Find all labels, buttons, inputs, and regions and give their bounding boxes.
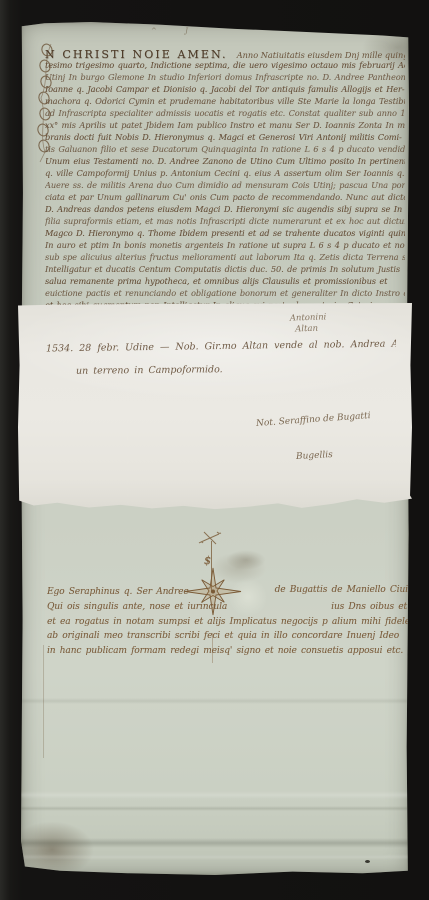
margin-crease-line (43, 645, 44, 758)
note-line: Altan (295, 323, 327, 335)
signum-cross-icon (198, 529, 224, 549)
archivist-slip: Antonini Altan 1534. 28 febr. Udine — No… (18, 303, 412, 510)
deed-line: euictione pactis et renunciando et oblig… (45, 287, 405, 299)
slip-summary-line-2: un terreno in Campoformido. (76, 364, 223, 377)
subscription-text: de Bugattis de Maniello Ciuis Utinj (275, 583, 413, 600)
deed-line: tesimo trigesimo quarto, Indictione sept… (45, 59, 405, 71)
ink-mark: J (185, 27, 188, 35)
subscription-line: Ego Seraphinus q. Ser Andree (47, 583, 189, 600)
ink-mark: ^ (151, 27, 157, 35)
deed-line: filia supraformis etiam, et mas notis In… (45, 215, 405, 227)
deed-line: Unum eius Testamenti no. D. Andree Zanon… (45, 155, 405, 167)
subscription-line: in hanc publicam formam redegi meisq' si… (47, 644, 413, 659)
deed-line: tis Galuanon filio et sese Ducatorum Qui… (45, 143, 405, 155)
deed-line: Intelligatur et ducatis Centum Computati… (45, 263, 405, 275)
signum-monogram: $ (204, 554, 211, 567)
slip-summary-line-1: 1534. 28 febr. Udine — Nob. Gir.mo Altan… (46, 339, 396, 355)
deed-line: ciata et par Unum gallinarum Cu' onis Cu… (45, 191, 405, 203)
note-line: Antonini (290, 312, 327, 324)
subscription-text: Ego Seraphinus q. Ser Andree (47, 587, 189, 597)
deed-line: Auere ss. de militis Arena duo Cum dimid… (45, 179, 405, 191)
subscription-text: Qui ois singulis ante, nose et iurincula (47, 600, 227, 615)
deed-line: q. ville Campoformij Unius p. Antonium C… (45, 167, 405, 179)
fold-crease (21, 838, 409, 848)
deed-line: xx° mis Aprilis ut patet Jbidem Iam publ… (45, 119, 405, 131)
deed-line: sub spe alicuius alterius fructus melior… (45, 251, 405, 263)
deed-line: Ioanne q. Jacobi Campar et Dionisio q. J… (45, 83, 405, 95)
deed-line: Utinj In burgo Glemone In studio Inferio… (45, 71, 405, 83)
ink-smudge-stain (226, 550, 266, 570)
notary-subscription-block: Ego Seraphinus q. Ser Andree de Bugattis… (47, 583, 413, 659)
manuscript-scan: ^ J N CHRISTI NOIE AMEN. Anno Natiuitati… (0, 0, 429, 900)
signum-gap (227, 600, 331, 615)
deed-line: Magco D. Hieronymo q. Thome Ibidem prese… (45, 227, 405, 239)
fold-crease (21, 806, 409, 811)
subscription-text: ius Dns oibus et singulis Interfui (331, 600, 413, 615)
subscription-line: et ea rogatus in notam sumpsi et alijs I… (47, 615, 413, 630)
slip-notary-line-1: Not. Seraffino de Bugatti (256, 411, 371, 429)
ink-marks-above-heading: ^ J (151, 27, 231, 35)
deed-line: In auro et ptim In bonis monetis argente… (45, 239, 405, 251)
archivist-family-note: Antonini Altan (290, 312, 327, 335)
deed-line: salua remanente prima hypotheca, et omni… (45, 275, 405, 287)
signum-gap (189, 583, 275, 600)
fold-crease (21, 791, 409, 799)
fold-crease (21, 854, 409, 860)
deed-line: ad Infrascripta specialiter admissis uoc… (45, 107, 405, 119)
subscription-line: ab originali meo transcribi scribi feci … (47, 629, 413, 644)
fold-crease (21, 698, 409, 704)
deed-line: machora q. Odorici Cymin et prudemane ha… (45, 95, 405, 107)
deed-line: D. Andreas dandos petens eiusdem Magci D… (45, 203, 405, 215)
deed-line: branis docti fuit Nobis D. Hieronymus q.… (45, 131, 405, 143)
dark-speck (365, 860, 370, 863)
deed-text-block: N CHRISTI NOIE AMEN. Anno Natiuitatis ei… (45, 43, 405, 311)
slip-notary-line-2: Bugellis (296, 450, 333, 462)
